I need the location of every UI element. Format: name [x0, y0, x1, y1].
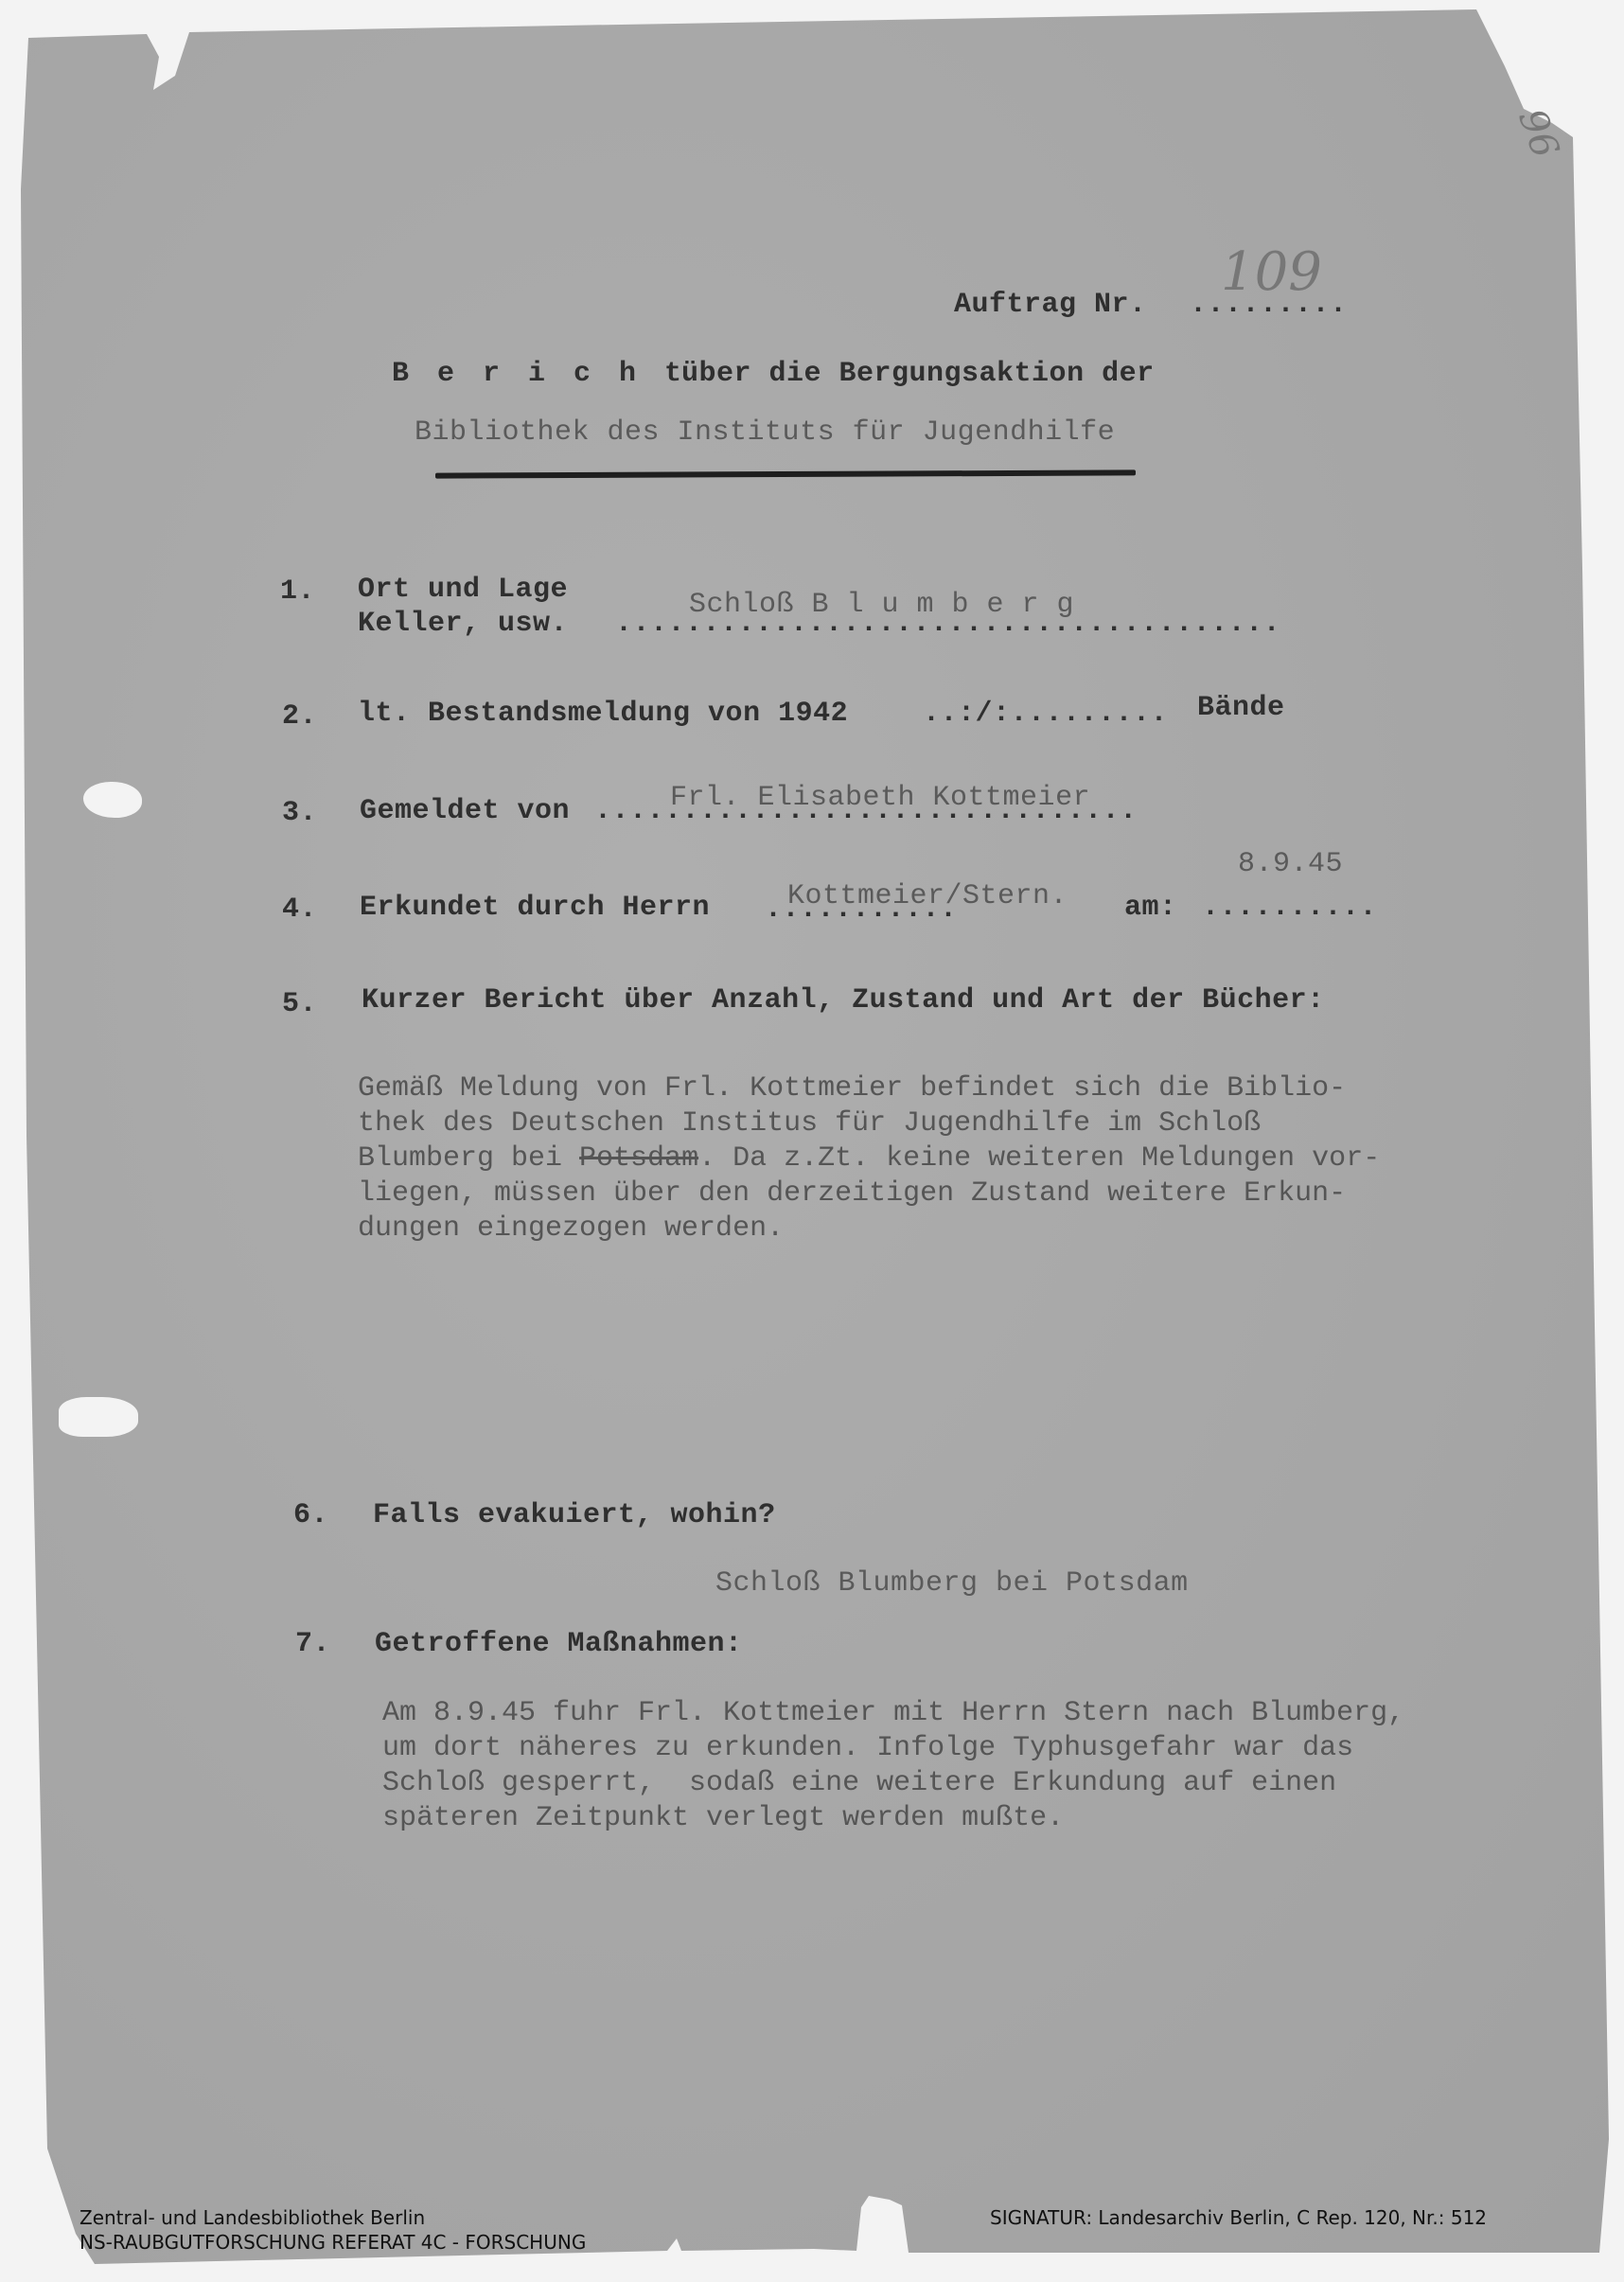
text-line: Am 8.9.45 fuhr Frl. Kottmeier mit Herrn …	[382, 1696, 1404, 1731]
item-7-measures-text: Am 8.9.45 fuhr Frl. Kottmeier mit Herrn …	[382, 1696, 1404, 1836]
text-line: späteren Zeitpunkt verlegt werden mußte.	[382, 1801, 1404, 1836]
item-6-label: Falls evakuiert, wohin?	[373, 1499, 776, 1531]
order-number-handwritten: 109	[1221, 241, 1322, 303]
item-1-label: Ort und Lage	[358, 574, 568, 606]
text-line: um dort näheres zu erkunden. Infolge Typ…	[382, 1731, 1404, 1766]
item-4-date-dots: ..........	[1202, 892, 1377, 924]
item-1-label-line2: Keller, usw.	[358, 608, 568, 640]
item-3-value: Frl. Elisabeth Kottmeier	[670, 782, 1090, 814]
item-2-number: 2.	[282, 700, 317, 733]
item-1-value: Schloß B l u m b e r g	[689, 589, 1074, 621]
footer-library-name: Zentral- und Landesbibliothek Berlin	[79, 2206, 425, 2229]
item-4-date-value: 8.9.45	[1238, 848, 1343, 880]
item-6-number: 6.	[293, 1499, 328, 1531]
item-4-number: 4.	[282, 893, 317, 926]
item-2-suffix: Bände	[1197, 692, 1285, 724]
item-2-label: lt. Bestandsmeldung von 1942	[358, 698, 848, 730]
footer-signature: SIGNATUR: Landesarchiv Berlin, C Rep. 12…	[990, 2206, 1487, 2229]
item-5-number: 5.	[282, 988, 317, 1020]
item-2-dots: ..:/:.........	[923, 698, 1168, 730]
item-5-report-text: Gemäß Meldung von Frl. Kottmeier befinde…	[358, 1071, 1380, 1247]
item-4-label: Erkundet durch Herrn	[360, 892, 710, 924]
text-line: thek des Deutschen Institus für Jugendhi…	[358, 1106, 1380, 1141]
item-3-label: Gemeldet von	[360, 795, 570, 827]
item-3-number: 3.	[282, 797, 317, 829]
item-6-value: Schloß Blumberg bei Potsdam	[715, 1567, 1189, 1600]
order-number-label: Auftrag Nr.	[954, 289, 1147, 321]
title-library-name: Bibliothek des Instituts für Jugendhilfe	[415, 416, 1115, 449]
item-7-number: 7.	[295, 1628, 330, 1660]
text-line: liegen, müssen über den derzeitigen Zust…	[358, 1176, 1380, 1212]
item-4-date-label: am:	[1124, 892, 1177, 924]
struck-word: Potsdam	[579, 1142, 698, 1175]
item-4-value: Kottmeier/Stern.	[787, 880, 1068, 912]
punch-hole	[59, 1397, 138, 1437]
text-line: Gemäß Meldung von Frl. Kottmeier befinde…	[358, 1071, 1380, 1106]
title-line1-rest: über die Bergungsaktion der	[681, 358, 1155, 390]
title-word-bericht: B e r i c h t	[392, 358, 687, 390]
item-7-label: Getroffene Maßnahmen:	[375, 1628, 743, 1660]
text-line: dungen eingezogen werden.	[358, 1212, 1380, 1247]
text-line: Schloß gesperrt, sodaß eine weitere Erku…	[382, 1766, 1404, 1801]
item-5-label: Kurzer Bericht über Anzahl, Zustand und …	[362, 984, 1325, 1017]
footer-department: NS-RAUBGUTFORSCHUNG REFERAT 4C - FORSCHU…	[79, 2231, 586, 2254]
item-1-number: 1.	[280, 575, 315, 608]
punch-hole	[83, 782, 142, 818]
text-line: Blumberg bei Potsdam. Da z.Zt. keine wei…	[358, 1141, 1380, 1176]
